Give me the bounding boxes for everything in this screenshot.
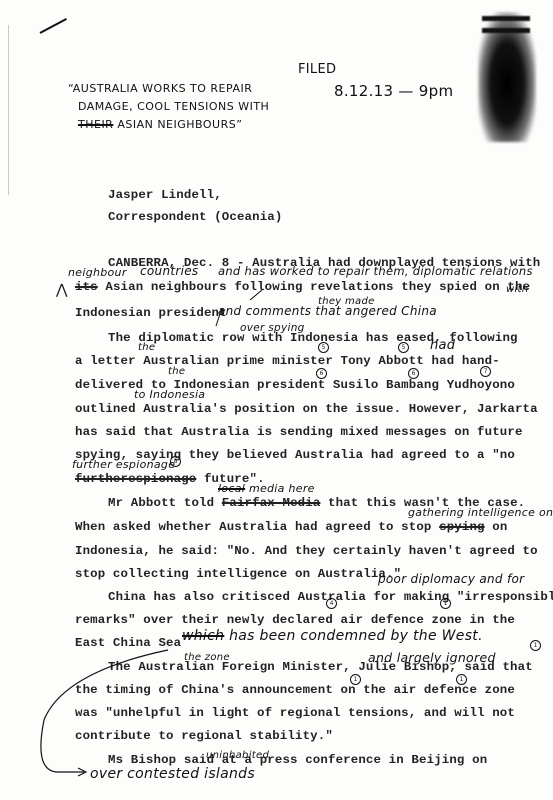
insertion-arrow-icon — [0, 0, 553, 800]
scanned-document-page: “AUSTRALIA WORKS TO REPAIR DAMAGE, COOL … — [0, 0, 553, 800]
